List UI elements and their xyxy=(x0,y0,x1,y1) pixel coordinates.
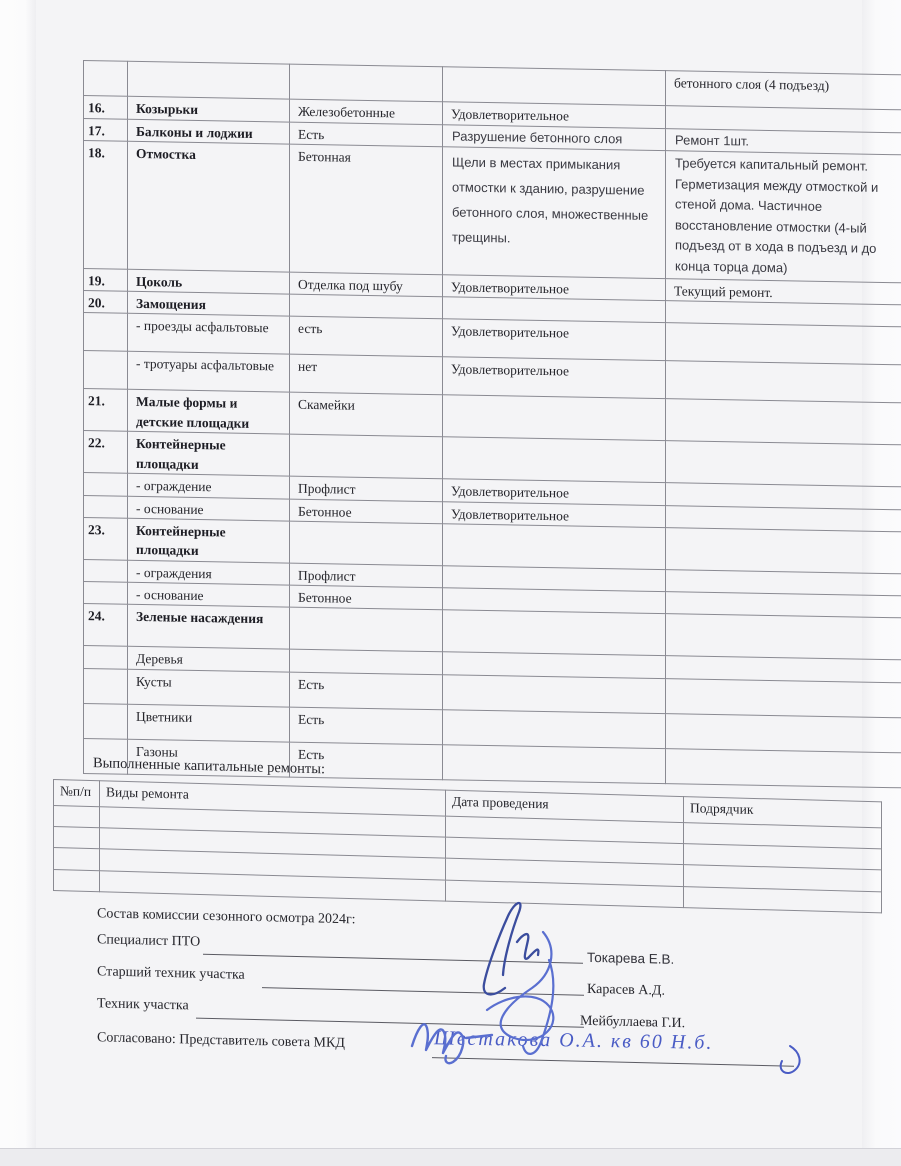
table-cell xyxy=(84,473,128,496)
table-cell: Есть xyxy=(290,122,443,147)
table-cell: Удовлетворительное xyxy=(443,319,666,361)
table-cell: Козырьки xyxy=(128,96,290,122)
table-cell: есть xyxy=(290,317,443,358)
table-cell: Удовлетворительное xyxy=(443,479,666,505)
commission-title: Состав комиссии сезонного осмотра 2024г: xyxy=(97,906,356,928)
signature-line xyxy=(196,1017,584,1028)
table-cell: Бетонная xyxy=(290,144,443,275)
table-cell: Зеленые насаждения xyxy=(128,604,290,649)
table-cell: Профлист xyxy=(290,563,443,588)
commission-signature-block: Состав комиссии сезонного осмотра 2024г:… xyxy=(0,900,901,1121)
table-cell xyxy=(666,679,901,718)
table-cell xyxy=(290,607,443,652)
table-cell: Цоколь xyxy=(128,269,290,294)
signature-line xyxy=(262,986,584,996)
table-cell xyxy=(666,714,901,753)
table-cell xyxy=(443,437,666,483)
building-elements-table-wrap: бетонного слоя (4 подъезд)16.КозырькиЖел… xyxy=(83,60,850,787)
signer-role-label: Техник участка xyxy=(97,996,189,1014)
table-cell xyxy=(84,581,128,604)
table-cell: Отделка под шубу xyxy=(290,272,443,297)
table-cell: бетонного слоя (4 подъезд) xyxy=(666,71,901,110)
table-cell: Удовлетворительное xyxy=(443,275,666,301)
table-cell: Кусты xyxy=(128,669,290,707)
table-cell: Железобетонные xyxy=(290,99,443,125)
table-cell: Скамейки xyxy=(290,393,443,438)
table-cell: Контейнерные площадки xyxy=(128,518,290,563)
table-cell: Замощения xyxy=(128,292,290,317)
table-cell xyxy=(443,745,666,784)
table-cell: Требуется капитальный ремонт. Герметизац… xyxy=(666,151,901,283)
table-cell xyxy=(290,64,443,102)
table-cell: Есть xyxy=(290,707,443,745)
table-cell: 24. xyxy=(84,604,128,647)
table-cell xyxy=(666,323,901,365)
table-cell xyxy=(290,649,443,675)
table-cell: 17. xyxy=(84,119,128,142)
table-cell xyxy=(84,61,128,97)
table-cell xyxy=(84,646,128,670)
table-cell: Балконы и лоджии xyxy=(128,119,290,144)
signer-name: Токарева Е.В. xyxy=(587,950,674,967)
table-cell: 22. xyxy=(84,431,128,474)
signature-line xyxy=(203,953,583,964)
table-cell: 21. xyxy=(84,389,128,432)
table-cell xyxy=(290,294,443,319)
table-cell xyxy=(666,361,901,403)
table-cell: 19. xyxy=(84,269,128,292)
repairs-empty-cell xyxy=(684,886,882,913)
table-cell: Профлист xyxy=(290,477,443,502)
signer-name: Мейбуллаева Г.И. xyxy=(580,1014,685,1032)
table-cell: Малые формы и детские площадки xyxy=(128,390,290,435)
table-cell: - тротуары асфальтовые xyxy=(128,352,290,393)
signature-line xyxy=(432,1056,794,1067)
signer-role-label: Специалист ПТО xyxy=(97,932,200,950)
table-cell: 23. xyxy=(84,517,128,560)
table-cell: Отмостка xyxy=(128,141,290,272)
table-cell: 20. xyxy=(84,291,128,314)
table-cell: Деревья xyxy=(128,646,290,672)
table-cell xyxy=(666,441,901,487)
table-cell xyxy=(290,435,443,480)
table-cell xyxy=(84,559,128,582)
table-cell: Есть xyxy=(290,672,443,710)
table-cell xyxy=(666,614,901,660)
table-cell xyxy=(84,495,128,518)
table-cell: 16. xyxy=(84,96,128,120)
table-cell xyxy=(84,669,128,705)
table-cell: нет xyxy=(290,355,443,396)
table-cell xyxy=(443,710,666,749)
table-cell xyxy=(290,521,443,566)
repairs-table: №п/пВиды ремонтаДата проведенияПодрядчик xyxy=(53,779,882,913)
table-cell: Цветники xyxy=(128,704,290,742)
scanned-inspection-report-page: { "main_table": { "rows": [ {"num":"", "… xyxy=(0,0,901,1166)
table-cell: - основание xyxy=(128,496,290,521)
table-cell xyxy=(84,351,128,390)
table-cell: - ограждение xyxy=(128,474,290,499)
table-cell: Удовлетворительное xyxy=(443,501,666,527)
repairs-empty-cell xyxy=(54,827,100,849)
table-row: 18.ОтмосткаБетоннаяЩели в местах примыка… xyxy=(84,141,901,283)
signer-name: Карасев А.Д. xyxy=(587,982,665,1000)
table-cell xyxy=(443,610,666,656)
building-elements-table: бетонного слоя (4 подъезд)16.КозырькиЖел… xyxy=(83,60,901,789)
table-cell: Бетонное xyxy=(290,585,443,610)
table-cell: 18. xyxy=(84,141,128,270)
table-cell xyxy=(443,524,666,570)
table-cell: Контейнерные площадки xyxy=(128,432,290,477)
repairs-header-cell: №п/п xyxy=(54,780,100,807)
signer-role-label: Старший техник участка xyxy=(97,964,245,983)
repairs-empty-cell xyxy=(54,869,100,891)
table-cell xyxy=(128,61,290,99)
agreed-label: Согласовано: Представитель совета МКД xyxy=(97,1030,345,1052)
table-cell: Удовлетворительное xyxy=(443,357,666,399)
table-cell xyxy=(84,704,128,740)
table-cell xyxy=(666,749,901,788)
table-cell xyxy=(666,527,901,573)
table-cell: - ограждения xyxy=(128,560,290,585)
table-cell xyxy=(443,395,666,441)
table-cell xyxy=(666,399,901,445)
table-cell: Щели в местах примыкания отмостки к здан… xyxy=(443,147,666,279)
table-cell: - проезды асфальтовые xyxy=(128,314,290,355)
table-cell: - основание xyxy=(128,582,290,607)
repairs-empty-cell xyxy=(54,806,100,828)
repairs-empty-cell xyxy=(54,848,100,870)
paper-bottom-edge xyxy=(0,1148,901,1166)
table-cell xyxy=(84,313,128,352)
table-cell xyxy=(443,675,666,714)
table-cell xyxy=(443,67,666,106)
table-cell: Бетонное xyxy=(290,499,443,524)
